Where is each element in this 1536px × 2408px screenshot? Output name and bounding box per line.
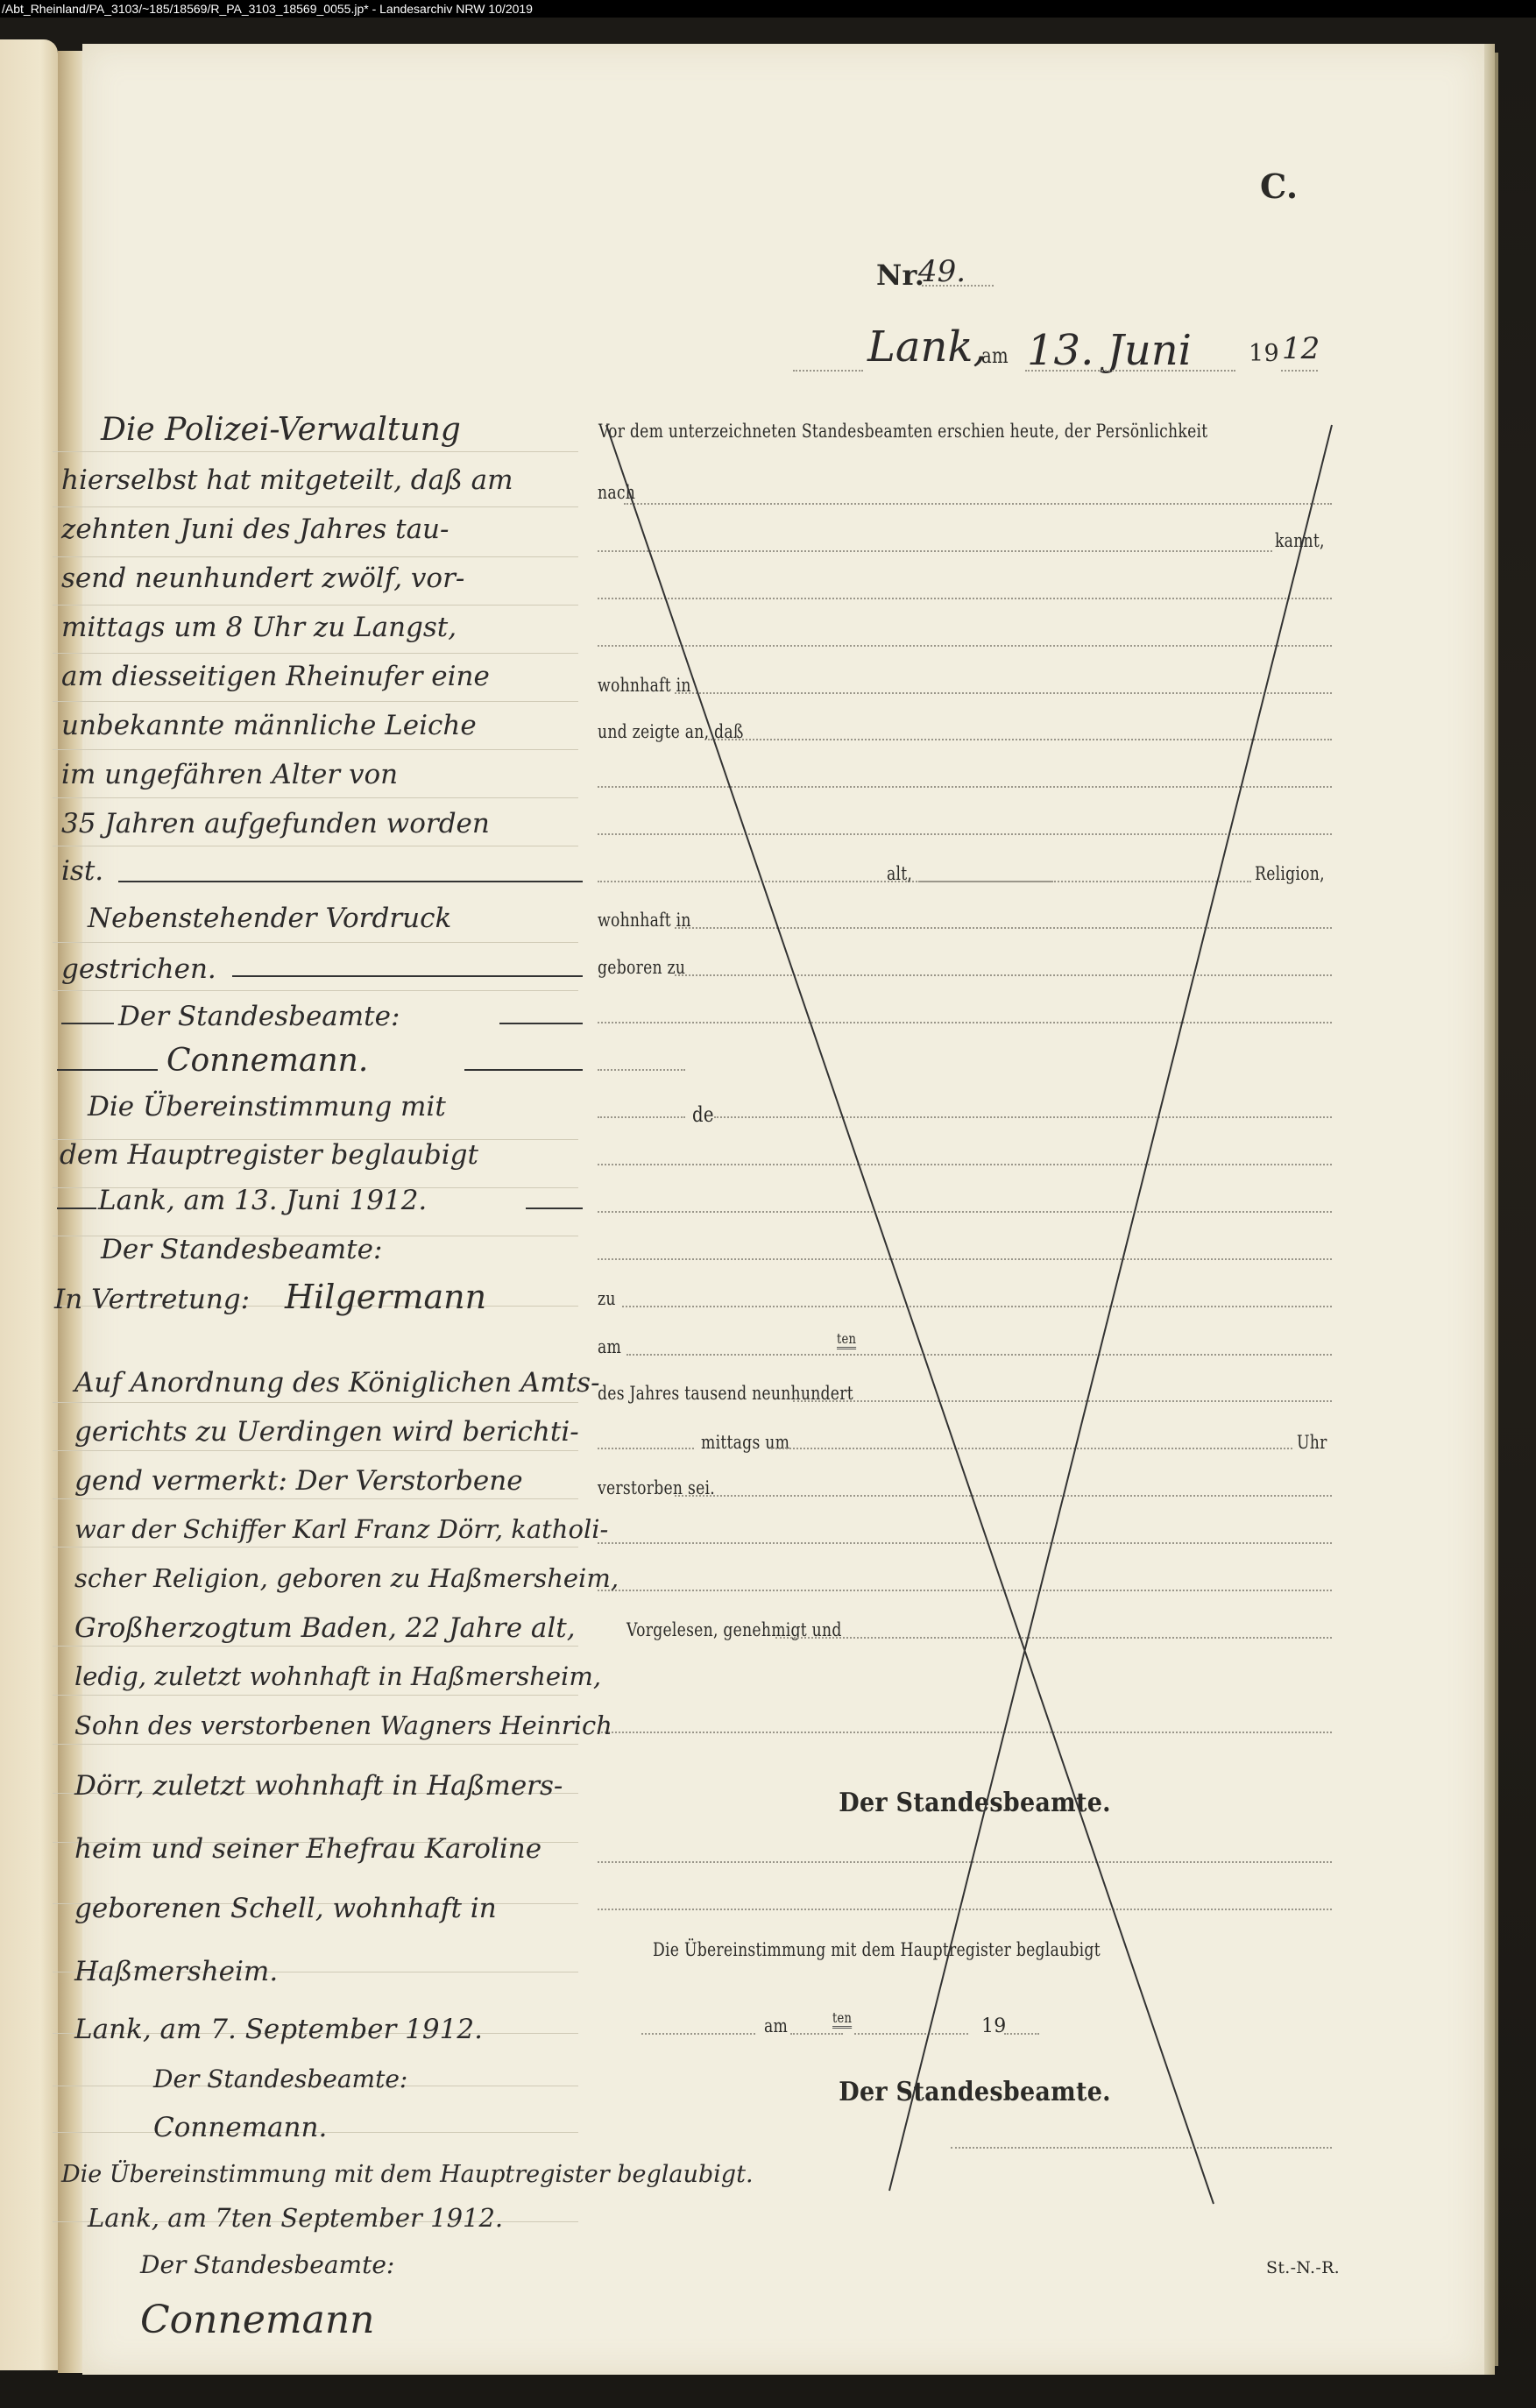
note-line: Connemann. — [166, 1043, 368, 1079]
note-line: Sohn des verstorbenen Wagners Heinrich — [74, 1710, 612, 1740]
note-line: gestrichen. — [61, 953, 216, 985]
note-line: Der Standesbeamte: — [118, 1001, 400, 1032]
note-line: hierselbst hat mitgeteilt, daß am — [61, 464, 513, 496]
note-line: dem Hauptregister beglaubigt — [60, 1139, 478, 1171]
note-line: am diesseitigen Rheinufer eine — [61, 661, 490, 692]
note-line: gerichts zu Uerdingen wird berichti- — [74, 1416, 579, 1448]
note-line: Dörr, zuletzt wohnhaft in Haßmers- — [74, 1770, 563, 1802]
note-line: scher Religion, geboren zu Haßmersheim, — [74, 1563, 619, 1593]
note-line: im ungefähren Alter von — [61, 759, 398, 790]
note-line: Haßmersheim. — [74, 1956, 278, 1987]
note-line: In Vertretung: — [54, 1284, 250, 1315]
note-line: Der Standesbeamte: — [153, 2065, 407, 2093]
signature-vertretung: Hilgermann — [285, 1278, 486, 1316]
note-line: war der Schiffer Karl Franz Dörr, kathol… — [74, 1514, 608, 1544]
note-line: Lank, am 7ten September 1912. — [88, 2203, 503, 2233]
note-line: Lank, am 7. September 1912. — [74, 2014, 483, 2045]
note-line: Connemann. — [153, 2112, 327, 2143]
note-line: Die Übereinstimmung mit dem Hauptregiste… — [61, 2161, 754, 2188]
note-line: mittags um 8 Uhr zu Langst, — [61, 612, 457, 643]
note-line: ist. — [61, 855, 103, 887]
note-line: Der Standesbeamte: — [101, 1234, 382, 1265]
signature-final: Connemann — [140, 2298, 375, 2342]
note-line: Die Übereinstimmung mit — [88, 1091, 446, 1123]
note-line: Auf Anordnung des Königlichen Amts- — [74, 1367, 600, 1399]
note-line: gend vermerkt: Der Verstorbene — [74, 1465, 523, 1497]
note-line: zehnten Juni des Jahres tau- — [61, 513, 449, 545]
note-line: unbekannte männliche Leiche — [61, 710, 477, 741]
note-line: Die Polizei-Verwaltung — [101, 412, 461, 448]
note-line: geborenen Schell, wohnhaft in — [74, 1893, 497, 1924]
note-line: heim und seiner Ehefrau Karoline — [74, 1833, 541, 1865]
note-line: 35 Jahren aufgefunden worden — [61, 808, 490, 839]
note-line: Nebenstehender Vordruck — [88, 903, 451, 934]
note-line: send neunhundert zwölf, vor- — [61, 563, 464, 594]
note-line: ledig, zuletzt wohnhaft in Haßmersheim, — [74, 1661, 601, 1691]
note-line: Lank, am 13. Juni 1912. — [98, 1185, 427, 1216]
note-line: Großherzogtum Baden, 22 Jahre alt, — [74, 1612, 576, 1644]
note-line: Der Standesbeamte: — [140, 2250, 394, 2279]
